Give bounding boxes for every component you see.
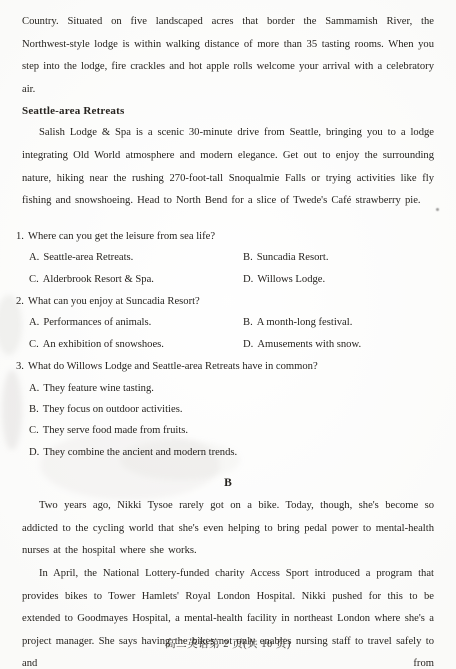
question-1-text: 1.Where can you get the leisure from sea… bbox=[16, 226, 434, 247]
option-b: B.Suncadia Resort. bbox=[243, 247, 434, 268]
option-text: Alderbrook Resort & Spa. bbox=[43, 274, 154, 285]
option-c: C.An exhibition of snowshoes. bbox=[29, 334, 243, 355]
option-text: They combine the ancient and modern tren… bbox=[43, 447, 237, 458]
option-d: D.They combine the ancient and modern tr… bbox=[29, 442, 434, 463]
question-3-options: A.They feature wine tasting. B.They focu… bbox=[16, 378, 434, 464]
scan-speck bbox=[436, 208, 439, 211]
option-label: B. bbox=[29, 404, 39, 415]
option-a: A.Seattle-area Retreats. bbox=[29, 247, 243, 268]
option-label: D. bbox=[243, 339, 253, 350]
passage-a-continuation-paragraph: Country. Situated on five landscaped acr… bbox=[22, 11, 434, 101]
option-label: C. bbox=[29, 425, 39, 436]
question-2-text: 2.What can you enjoy at Suncadia Resort? bbox=[16, 291, 434, 312]
passage-a-heading: Seattle-area Retreats bbox=[22, 101, 434, 122]
option-a: A.Performances of animals. bbox=[29, 312, 243, 333]
question-1: 1.Where can you get the leisure from sea… bbox=[16, 226, 434, 290]
question-3: 3.What do Willows Lodge and Seattle-area… bbox=[16, 356, 434, 463]
passage-a-paragraph: Salish Lodge & Spa is a scenic 30-minute… bbox=[22, 122, 434, 212]
option-label: D. bbox=[29, 447, 39, 458]
option-label: D. bbox=[243, 274, 253, 285]
passage-b-section-label: B bbox=[22, 472, 434, 494]
question-text: What can you enjoy at Suncadia Resort? bbox=[28, 296, 200, 307]
page-footer: 高二英语第 2 页(共 10 页) bbox=[0, 636, 456, 651]
option-label: B. bbox=[243, 317, 253, 328]
option-label: B. bbox=[243, 252, 253, 263]
option-label: A. bbox=[29, 383, 39, 394]
option-text: Performances of animals. bbox=[43, 317, 151, 328]
page-content: Country. Situated on five landscaped acr… bbox=[22, 11, 434, 669]
passage-b-paragraph-2: In April, the National Lottery-funded ch… bbox=[22, 563, 434, 669]
option-label: C. bbox=[29, 274, 39, 285]
option-text: They serve food made from fruits. bbox=[43, 425, 188, 436]
question-text: Where can you get the leisure from sea l… bbox=[28, 231, 215, 242]
question-block: 1.Where can you get the leisure from sea… bbox=[16, 226, 434, 463]
option-d: D.Amusements with snow. bbox=[243, 334, 434, 355]
question-2: 2.What can you enjoy at Suncadia Resort?… bbox=[16, 291, 434, 355]
option-text: A month-long festival. bbox=[257, 317, 353, 328]
question-1-options: A.Seattle-area Retreats. B.Suncadia Reso… bbox=[16, 247, 434, 290]
option-c: C.Alderbrook Resort & Spa. bbox=[29, 269, 243, 290]
question-3-text: 3.What do Willows Lodge and Seattle-area… bbox=[16, 356, 434, 377]
option-b: B.They focus on outdoor activities. bbox=[29, 399, 434, 420]
option-b: B.A month-long festival. bbox=[243, 312, 434, 333]
option-text: Amusements with snow. bbox=[257, 339, 361, 350]
scanned-exam-page: Country. Situated on five landscaped acr… bbox=[0, 0, 456, 669]
question-number: 2. bbox=[16, 296, 24, 307]
passage-b-paragraph-1: Two years ago, Nikki Tysoe rarely got on… bbox=[22, 495, 434, 563]
question-number: 1. bbox=[16, 231, 24, 242]
option-c: C.They serve food made from fruits. bbox=[29, 420, 434, 441]
question-text: What do Willows Lodge and Seattle-area R… bbox=[28, 361, 318, 372]
option-text: Willows Lodge. bbox=[257, 274, 325, 285]
option-label: A. bbox=[29, 252, 39, 263]
option-text: Suncadia Resort. bbox=[257, 252, 329, 263]
option-text: They focus on outdoor activities. bbox=[43, 404, 183, 415]
option-a: A.They feature wine tasting. bbox=[29, 378, 434, 399]
option-label: C. bbox=[29, 339, 39, 350]
option-text: They feature wine tasting. bbox=[43, 383, 154, 394]
question-number: 3. bbox=[16, 361, 24, 372]
option-d: D.Willows Lodge. bbox=[243, 269, 434, 290]
option-text: Seattle-area Retreats. bbox=[43, 252, 133, 263]
question-2-options: A.Performances of animals. B.A month-lon… bbox=[16, 312, 434, 355]
option-text: An exhibition of snowshoes. bbox=[43, 339, 164, 350]
option-label: A. bbox=[29, 317, 39, 328]
